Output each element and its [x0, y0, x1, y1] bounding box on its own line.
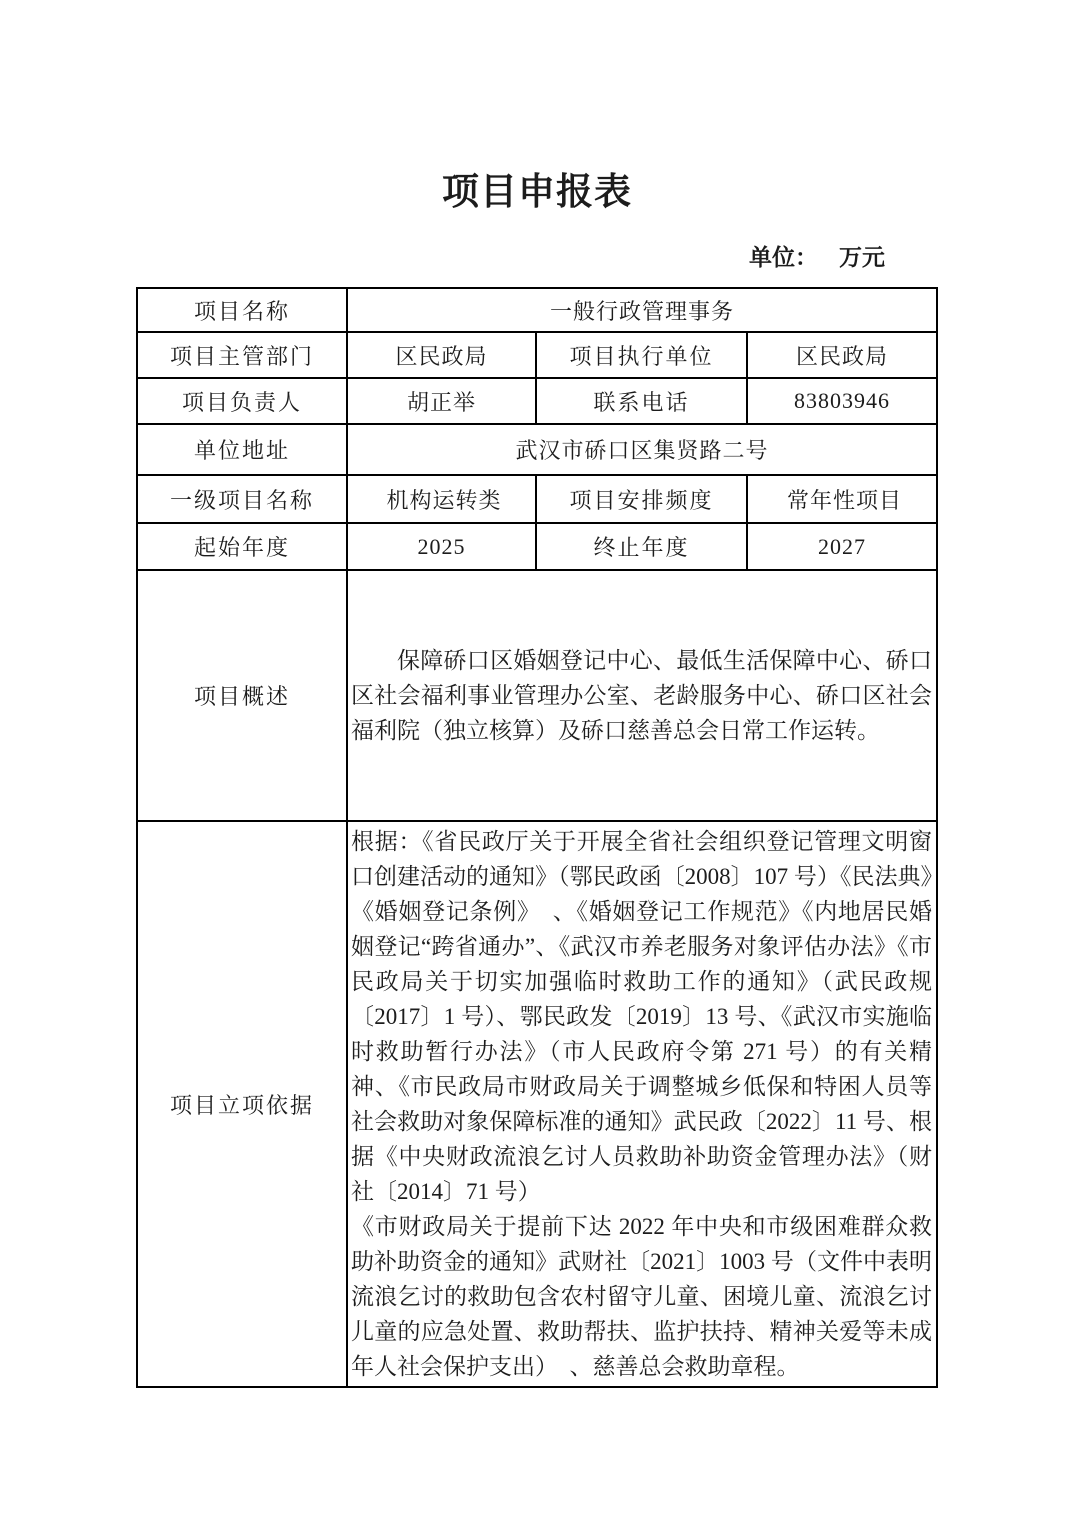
- basis-paragraph-1: 根据：《省民政厅关于开展全省社会组织登记管理文明窗口创建活动的通知》（鄂民政函〔…: [351, 824, 932, 1209]
- row-leader-phone: 项目负责人 胡正举 联系电话 83803946: [137, 378, 937, 424]
- unit-value: 万元: [839, 245, 885, 270]
- start-year-label: 起始年度: [137, 523, 347, 570]
- basis-paragraph-2: 《市财政局关于提前下达 2022 年中央和市级困难群众救助补助资金的通知》武财社…: [351, 1209, 932, 1384]
- application-form-table: 项目名称 一般行政管理事务 项目主管部门 区民政局 项目执行单位 区民政局 项目…: [136, 287, 938, 1388]
- document-page: 项目申报表 单位：万元 项目名称 一般行政管理事务 项目主管部门 区民政局 项目…: [0, 0, 1074, 1520]
- address-value: 武汉市硚口区集贤路二号: [347, 424, 937, 475]
- level1-name-value: 机构运转类: [347, 475, 536, 523]
- end-year-value: 2027: [747, 523, 937, 570]
- unit-line: 单位：万元: [137, 244, 937, 271]
- phone-label: 联系电话: [536, 378, 747, 424]
- frequency-value: 常年性项目: [747, 475, 937, 523]
- page-title: 项目申报表: [0, 0, 1074, 214]
- phone-value: 83803946: [747, 378, 937, 424]
- address-label: 单位地址: [137, 424, 347, 475]
- start-year-value: 2025: [347, 523, 536, 570]
- frequency-label: 项目安排频度: [536, 475, 747, 523]
- level1-name-label: 一级项目名称: [137, 475, 347, 523]
- overview-text: 保障硚口区婚姻登记中心、最低生活保障中心、硚口区社会福利事业管理办公室、老龄服务…: [351, 643, 932, 748]
- end-year-label: 终止年度: [536, 523, 747, 570]
- row-level1-frequency: 一级项目名称 机构运转类 项目安排频度 常年性项目: [137, 475, 937, 523]
- project-name-label: 项目名称: [137, 288, 347, 332]
- executing-unit-label: 项目执行单位: [536, 332, 747, 378]
- competent-dept-value: 区民政局: [347, 332, 536, 378]
- leader-value: 胡正举: [347, 378, 536, 424]
- project-name-value: 一般行政管理事务: [347, 288, 937, 332]
- row-departments: 项目主管部门 区民政局 项目执行单位 区民政局: [137, 332, 937, 378]
- basis-label: 项目立项依据: [137, 821, 347, 1387]
- competent-dept-label: 项目主管部门: [137, 332, 347, 378]
- row-basis: 项目立项依据 根据：《省民政厅关于开展全省社会组织登记管理文明窗口创建活动的通知…: [137, 821, 937, 1387]
- executing-unit-value: 区民政局: [747, 332, 937, 378]
- row-project-name: 项目名称 一般行政管理事务: [137, 288, 937, 332]
- row-years: 起始年度 2025 终止年度 2027: [137, 523, 937, 570]
- row-address: 单位地址 武汉市硚口区集贤路二号: [137, 424, 937, 475]
- basis-cell: 根据：《省民政厅关于开展全省社会组织登记管理文明窗口创建活动的通知》（鄂民政函〔…: [347, 821, 937, 1387]
- unit-label: 单位：: [749, 245, 818, 270]
- overview-cell: 保障硚口区婚姻登记中心、最低生活保障中心、硚口区社会福利事业管理办公室、老龄服务…: [347, 570, 937, 821]
- leader-label: 项目负责人: [137, 378, 347, 424]
- overview-label: 项目概述: [137, 570, 347, 821]
- row-overview: 项目概述 保障硚口区婚姻登记中心、最低生活保障中心、硚口区社会福利事业管理办公室…: [137, 570, 937, 821]
